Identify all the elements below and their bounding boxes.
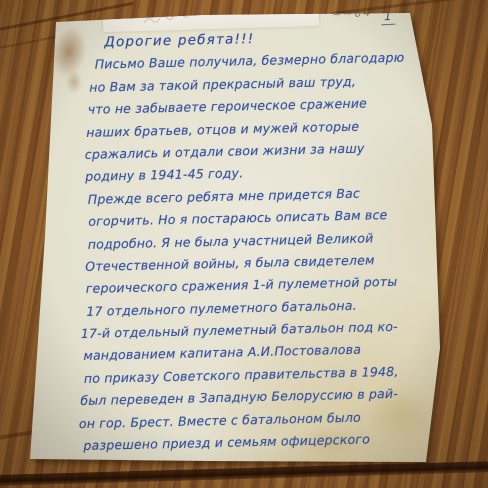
archival-number-text: 04 bbox=[354, 6, 373, 20]
photo-scene: ~~04 1 Дорогие ребята!!! Письмо Ваше пол… bbox=[0, 0, 488, 488]
letter-paper-wrap: ~~04 1 Дорогие ребята!!! Письмо Ваше пол… bbox=[0, 0, 488, 488]
page-number-mark: 1 bbox=[381, 9, 395, 26]
letter-paper: ~~04 1 Дорогие ребята!!! Письмо Ваше пол… bbox=[0, 0, 488, 488]
letter-text-block: Дорогие ребята!!! Письмо Ваше получила, … bbox=[78, 24, 453, 458]
archival-number-mark: ~~04 bbox=[332, 6, 373, 22]
faded-squiggle: ~~ bbox=[332, 7, 355, 22]
